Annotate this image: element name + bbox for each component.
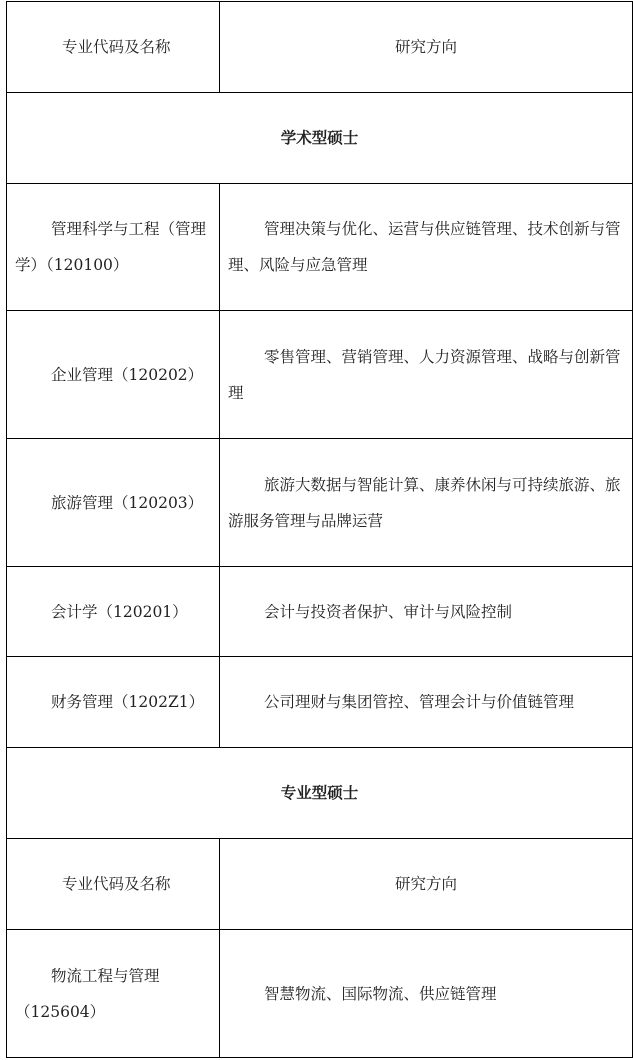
header-major-name: 专业代码及名称 (7, 2, 220, 93)
table-row: 会计学（120201） 会计与投资者保护、审计与风险控制 (7, 567, 633, 657)
research-direction-cell: 零售管理、营销管理、人力资源管理、战略与创新管理 (220, 311, 633, 439)
major-name-cell: 企业管理（120202） (7, 311, 220, 439)
table-row: 财务管理（1202Z1） 公司理财与集团管控、管理会计与价值链管理 (7, 657, 633, 748)
major-name-cell: 会计学（120201） (7, 567, 220, 657)
table-row: 物流工程与管理（125604） 智慧物流、国际物流、供应链管理 (7, 930, 633, 1058)
table-row: 企业管理（120202） 零售管理、营销管理、人力资源管理、战略与创新管理 (7, 311, 633, 439)
research-direction-cell: 智慧物流、国际物流、供应链管理 (220, 930, 633, 1058)
section-title-academic: 学术型硕士 (7, 93, 633, 184)
section-title-professional: 专业型硕士 (7, 748, 633, 839)
table-subheader-row: 专业代码及名称 研究方向 (7, 839, 633, 930)
table-row: 管理科学与工程（管理学）（120100） 管理决策与优化、运营与供应链管理、技术… (7, 184, 633, 311)
research-direction-cell: 会计与投资者保护、审计与风险控制 (220, 567, 633, 657)
major-name-cell: 物流工程与管理（125604） (7, 930, 220, 1058)
header-major-name: 专业代码及名称 (7, 839, 220, 930)
table-row: 旅游管理（120203） 旅游大数据与智能计算、康养休闲与可持续旅游、旅游服务管… (7, 439, 633, 567)
major-name-cell: 旅游管理（120203） (7, 439, 220, 567)
research-direction-cell: 公司理财与集团管控、管理会计与价值链管理 (220, 657, 633, 748)
table-header-row: 专业代码及名称 研究方向 (7, 2, 633, 93)
section-row-academic: 学术型硕士 (7, 93, 633, 184)
major-name-cell: 财务管理（1202Z1） (7, 657, 220, 748)
research-direction-cell: 管理决策与优化、运营与供应链管理、技术创新与管理、风险与应急管理 (220, 184, 633, 311)
header-research-direction: 研究方向 (220, 839, 633, 930)
header-research-direction: 研究方向 (220, 2, 633, 93)
major-direction-table: 专业代码及名称 研究方向 学术型硕士 管理科学与工程（管理学）（120100） … (6, 1, 633, 1058)
research-direction-cell: 旅游大数据与智能计算、康养休闲与可持续旅游、旅游服务管理与品牌运营 (220, 439, 633, 567)
major-name-cell: 管理科学与工程（管理学）（120100） (7, 184, 220, 311)
section-row-professional: 专业型硕士 (7, 748, 633, 839)
